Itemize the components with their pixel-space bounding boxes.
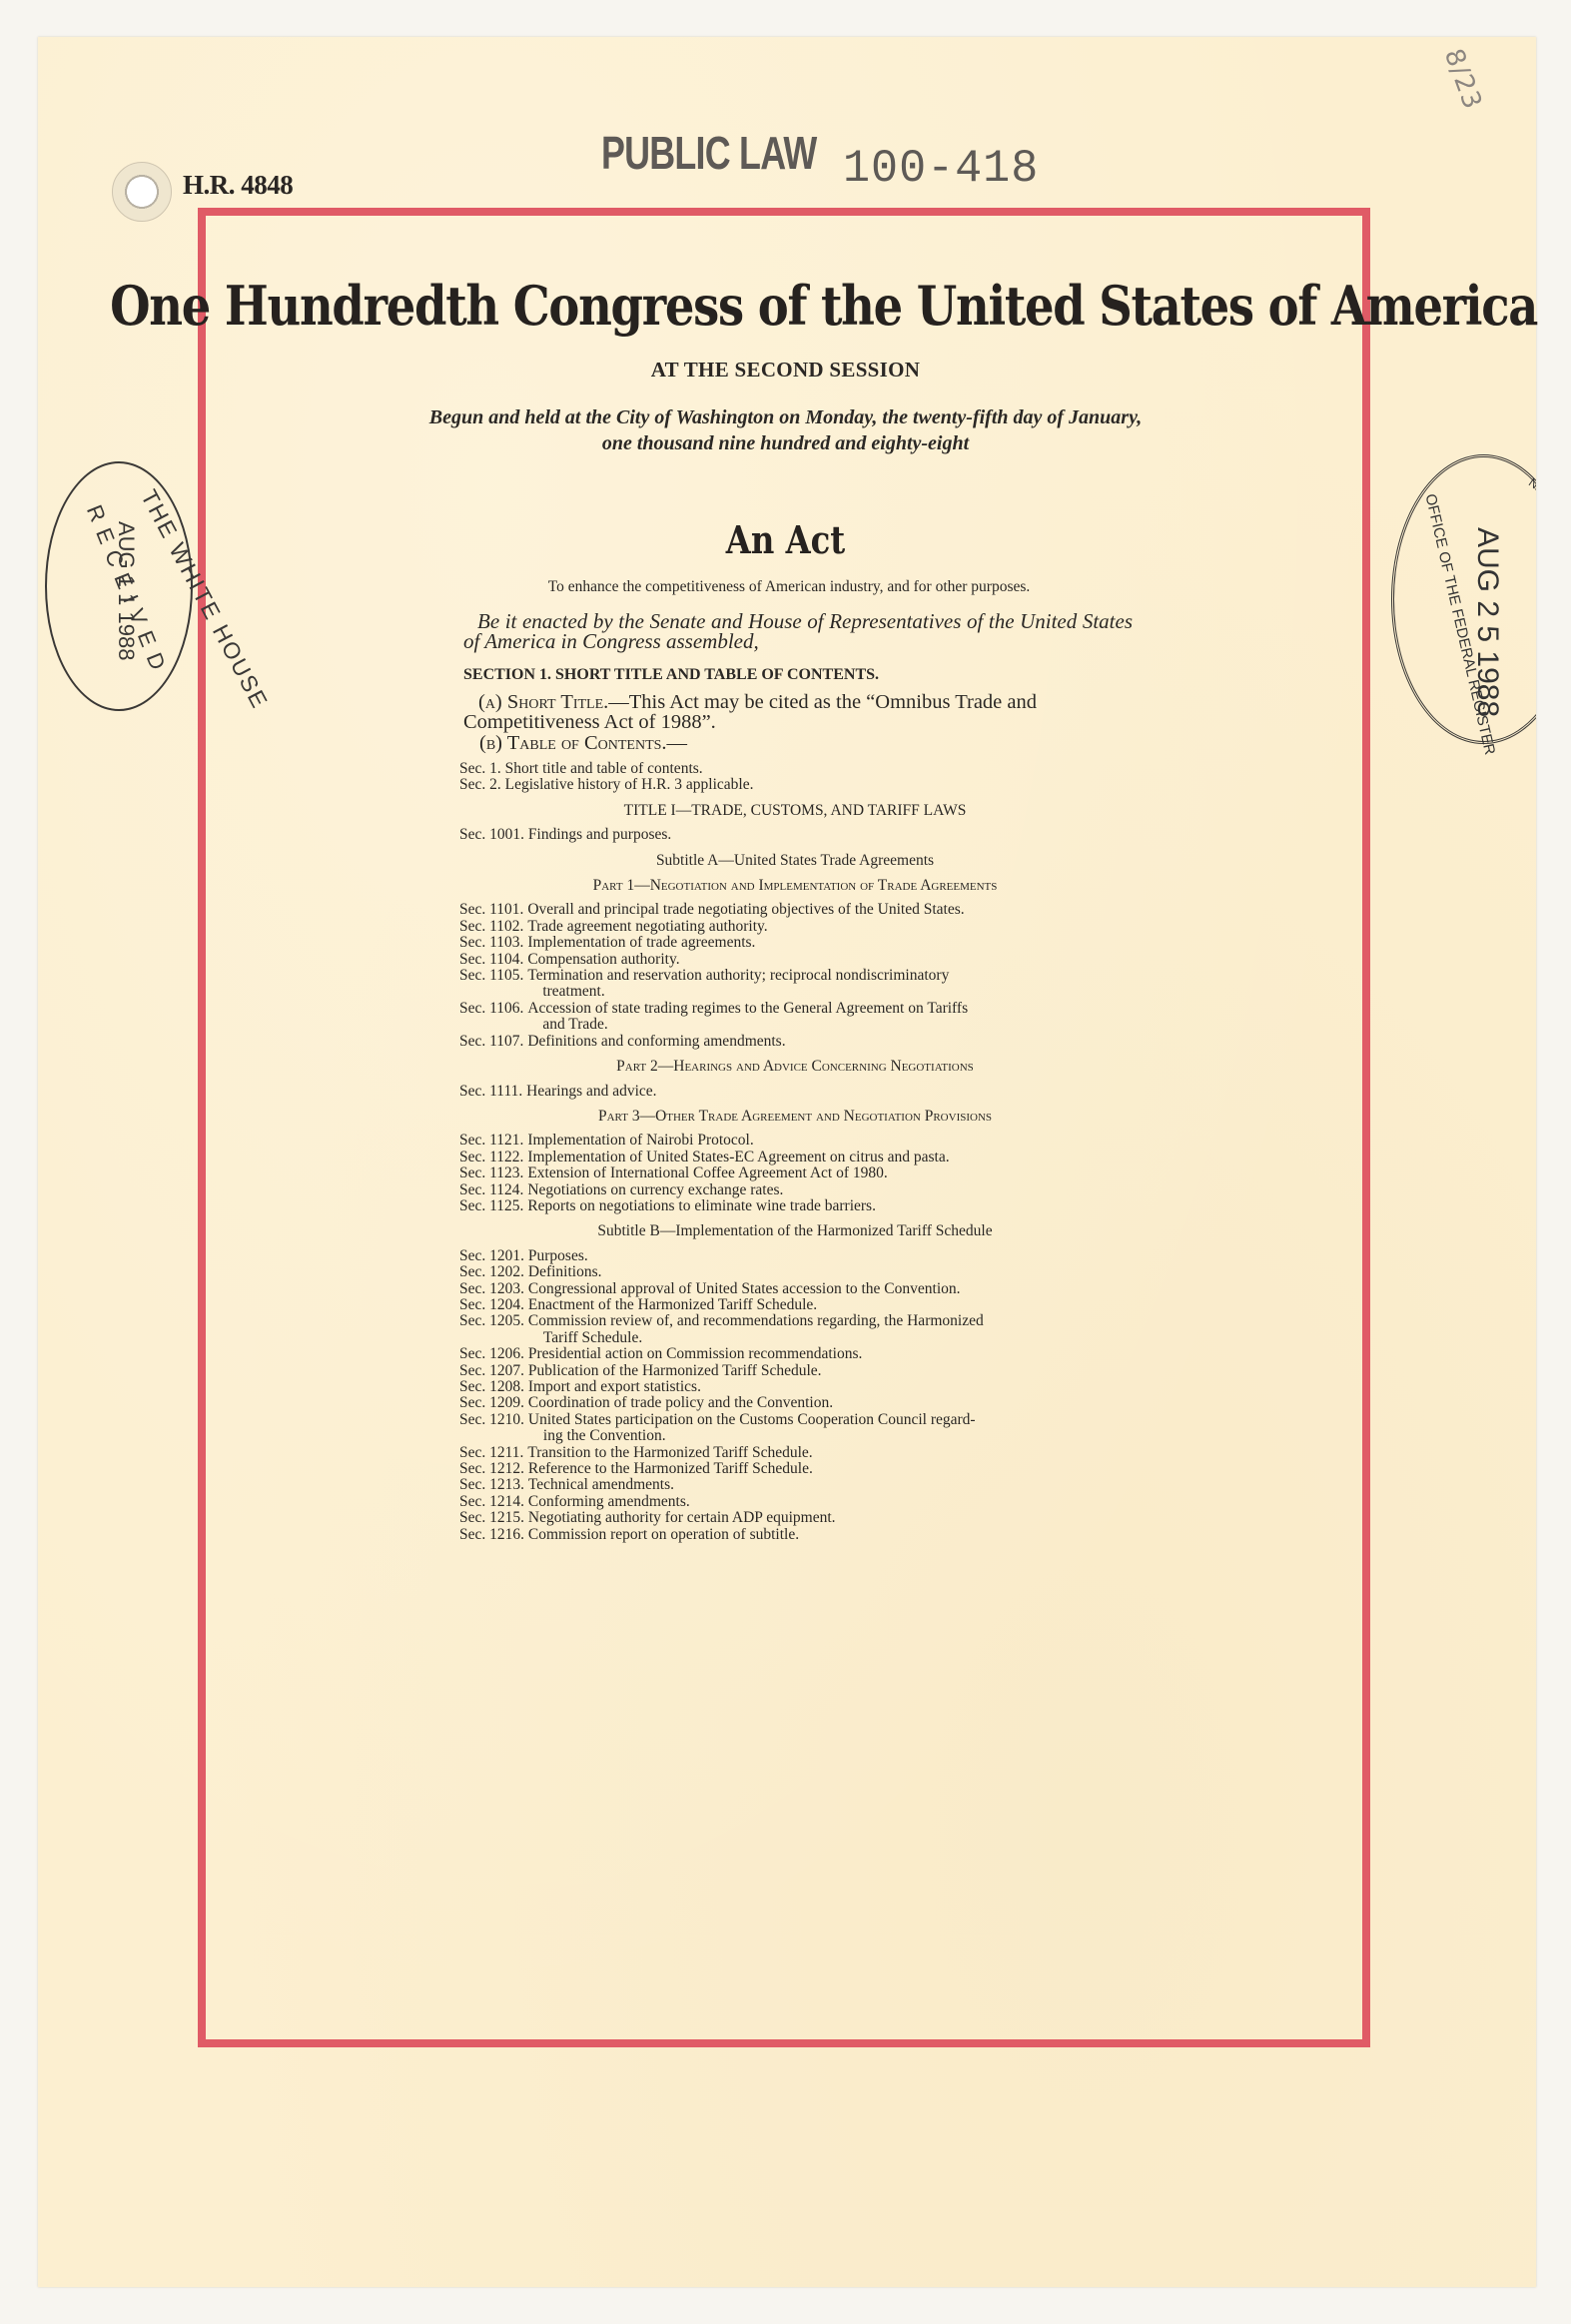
toc-heading-part: Part 3—Other Trade Agreement and Negotia… bbox=[459, 1109, 1131, 1125]
toc-entry: Sec. 1102. Trade agreement negotiating a… bbox=[459, 919, 1131, 935]
toc-section-title-text: Implementation of United States-EC Agree… bbox=[527, 1149, 949, 1165]
toc-section-title: Negotiating authority for certain ADP eq… bbox=[528, 1510, 1131, 1526]
toc-entry: Sec. 1. Short title and table of content… bbox=[459, 761, 1131, 777]
toc-section-title-text: Enactment of the Harmonized Tariff Sched… bbox=[528, 1296, 817, 1313]
toc-section-number: Sec. 1102. bbox=[459, 919, 527, 935]
toc-section-title-text: Negotiations on currency exchange rates. bbox=[527, 1181, 783, 1198]
federal-register-received-stamp: OFFICE OF THE FEDERAL REGISTER AUG 2 5 1… bbox=[1391, 454, 1536, 744]
toc-section-title: Short title and table of contents. bbox=[505, 761, 1131, 777]
toc-section-title: Implementation of Nairobi Protocol. bbox=[527, 1133, 1131, 1149]
toc-heading-title: TITLE I—TRADE, CUSTOMS, AND TARIFF LAWS bbox=[459, 803, 1131, 819]
toc-entry: Sec. 1105. Termination and reservation a… bbox=[459, 968, 1131, 1001]
toc-section-title-text: Purposes. bbox=[528, 1247, 588, 1264]
section-1-heading: SECTION 1. SHORT TITLE AND TABLE OF CONT… bbox=[463, 666, 879, 684]
toc-section-title: Transition to the Harmonized Tariff Sche… bbox=[527, 1445, 1131, 1461]
table-of-contents: Sec. 1. Short title and table of content… bbox=[459, 761, 1131, 1543]
toc-heading-subtitle: Subtitle A—United States Trade Agreement… bbox=[459, 853, 1131, 869]
toc-entry: Sec. 1103. Implementation of trade agree… bbox=[459, 935, 1131, 951]
toc-section-number: Sec. 1124. bbox=[459, 1182, 527, 1198]
toc-entry: Sec. 1107. Definitions and conforming am… bbox=[459, 1034, 1131, 1050]
toc-section-title-continuation: and Trade. bbox=[527, 1017, 1131, 1033]
toc-section-title-continuation: Tariff Schedule. bbox=[528, 1330, 1131, 1346]
toc-entry: Sec. 1101. Overall and principal trade n… bbox=[459, 902, 1131, 918]
toc-section-title: Conforming amendments. bbox=[528, 1494, 1131, 1510]
toc-entry: Sec. 1209. Coordination of trade policy … bbox=[459, 1395, 1131, 1411]
toc-section-number: Sec. 1216. bbox=[459, 1527, 528, 1543]
toc-section-title-text: Negotiating authority for certain ADP eq… bbox=[528, 1509, 836, 1526]
toc-section-number: Sec. 1111. bbox=[459, 1084, 526, 1100]
session-heading: AT THE SECOND SESSION bbox=[0, 358, 1571, 383]
toc-section-title: Congressional approval of United States … bbox=[528, 1281, 1131, 1297]
toc-section-title-text: Presidential action on Commission recomm… bbox=[528, 1345, 863, 1362]
toc-section-title-text: Trade agreement negotiating authority. bbox=[527, 918, 767, 935]
public-law-prefix: PUBLIC LAW bbox=[601, 126, 816, 180]
toc-section-title-continuation: ing the Convention. bbox=[528, 1428, 1131, 1444]
toc-section-title-text: Short title and table of contents. bbox=[505, 760, 703, 777]
toc-section-title: Reference to the Harmonized Tariff Sched… bbox=[528, 1461, 1131, 1477]
toc-section-title-text: Definitions and conforming amendments. bbox=[527, 1033, 785, 1050]
toc-section-title: Compensation authority. bbox=[527, 952, 1131, 968]
toc-section-title: Findings and purposes. bbox=[528, 827, 1131, 843]
convening-line-2: one thousand nine hundred and eighty-eig… bbox=[0, 430, 1571, 456]
toc-section-title-text: Reference to the Harmonized Tariff Sched… bbox=[528, 1460, 813, 1477]
toc-section-title: Legislative history of H.R. 3 applicable… bbox=[505, 777, 1131, 793]
short-title-label: (a) Short Title. bbox=[478, 691, 608, 713]
toc-section-title: Implementation of trade agreements. bbox=[527, 935, 1131, 951]
toc-section-title: Enactment of the Harmonized Tariff Sched… bbox=[528, 1297, 1131, 1313]
toc-section-title-text: Commission report on operation of subtit… bbox=[528, 1526, 799, 1543]
toc-section-title: Coordination of trade policy and the Con… bbox=[528, 1395, 1131, 1411]
toc-section-title-text: Findings and purposes. bbox=[528, 826, 671, 843]
public-law-number: 100-418 bbox=[843, 143, 1039, 195]
toc-section-number: Sec. 1204. bbox=[459, 1297, 528, 1313]
toc-section-number: Sec. 1001. bbox=[459, 827, 528, 843]
toc-entry: Sec. 1201. Purposes. bbox=[459, 1248, 1131, 1264]
toc-section-number: Sec. 1121. bbox=[459, 1133, 527, 1149]
toc-section-title-text: Implementation of trade agreements. bbox=[527, 934, 755, 951]
toc-entry: Sec. 1205. Commission review of, and rec… bbox=[459, 1313, 1131, 1346]
enacting-clause: Be it enacted by the Senate and House of… bbox=[463, 611, 1133, 651]
toc-section-title: Commission review of, and recommendation… bbox=[528, 1313, 1131, 1346]
toc-section-number: Sec. 1101. bbox=[459, 902, 527, 918]
toc-section-number: Sec. 1202. bbox=[459, 1264, 528, 1280]
toc-section-title: Definitions. bbox=[528, 1264, 1131, 1280]
toc-section-number: Sec. 1104. bbox=[459, 952, 527, 968]
toc-section-title: Reports on negotiations to eliminate win… bbox=[527, 1198, 1131, 1214]
toc-entry: Sec. 1106. Accession of state trading re… bbox=[459, 1001, 1131, 1034]
toc-entry: Sec. 1208. Import and export statistics. bbox=[459, 1379, 1131, 1395]
toc-section-title-continuation: treatment. bbox=[527, 984, 1131, 1000]
toc-section-number: Sec. 1212. bbox=[459, 1461, 528, 1477]
toc-section-number: Sec. 1207. bbox=[459, 1363, 528, 1379]
toc-entry: Sec. 1213. Technical amendments. bbox=[459, 1477, 1131, 1493]
act-heading: An Act bbox=[118, 517, 1453, 562]
toc-section-title: Publication of the Harmonized Tariff Sch… bbox=[528, 1363, 1131, 1379]
toc-section-title-text: Termination and reservation authority; r… bbox=[527, 968, 1131, 984]
table-of-contents-label: (b) Table of Contents.— bbox=[479, 733, 1159, 753]
toc-entry: Sec. 1104. Compensation authority. bbox=[459, 952, 1131, 968]
toc-heading-subtitle: Subtitle B—Implementation of the Harmoni… bbox=[459, 1223, 1131, 1239]
toc-entry: Sec. 1216. Commission report on operatio… bbox=[459, 1527, 1131, 1543]
toc-section-number: Sec. 1105. bbox=[459, 968, 527, 1001]
toc-entry: Sec. 1122. Implementation of United Stat… bbox=[459, 1150, 1131, 1165]
toc-section-title-text: Coordination of trade policy and the Con… bbox=[528, 1394, 833, 1411]
toc-section-number: Sec. 1206. bbox=[459, 1346, 528, 1362]
toc-section-title-text: Accession of state trading regimes to th… bbox=[527, 1001, 1131, 1017]
toc-section-title-text: United States participation on the Custo… bbox=[528, 1412, 1131, 1428]
toc-section-number: Sec. 1123. bbox=[459, 1165, 527, 1181]
toc-heading-part: Part 1—Negotiation and Implementation of… bbox=[459, 878, 1131, 894]
toc-section-title: Definitions and conforming amendments. bbox=[527, 1034, 1131, 1050]
stamp-federal-register-status: RECEIVED bbox=[1531, 565, 1536, 657]
toc-section-title: Import and export statistics. bbox=[528, 1379, 1131, 1395]
toc-section-number: Sec. 1208. bbox=[459, 1379, 528, 1395]
toc-section-title-text: Commission review of, and recommendation… bbox=[528, 1313, 1131, 1329]
white-house-received-stamp: THE WHITE HOUSE AUG 1 1 1988 RECEIVED bbox=[45, 461, 193, 711]
toc-section-number: Sec. 2. bbox=[459, 777, 505, 793]
toc-heading-part: Part 2—Hearings and Advice Concerning Ne… bbox=[459, 1059, 1131, 1075]
toc-section-title-text: Hearings and advice. bbox=[526, 1083, 656, 1100]
toc-section-number: Sec. 1106. bbox=[459, 1001, 527, 1034]
toc-section-title: United States participation on the Custo… bbox=[528, 1412, 1131, 1445]
toc-section-number: Sec. 1125. bbox=[459, 1198, 527, 1214]
toc-section-number: Sec. 1. bbox=[459, 761, 505, 777]
toc-section-title: Technical amendments. bbox=[528, 1477, 1131, 1493]
toc-section-title-text: Publication of the Harmonized Tariff Sch… bbox=[528, 1362, 822, 1379]
convening-statement: Begun and held at the City of Washington… bbox=[0, 404, 1571, 456]
toc-section-title-text: Definitions. bbox=[528, 1263, 602, 1280]
toc-section-title-text: Transition to the Harmonized Tariff Sche… bbox=[527, 1444, 812, 1461]
toc-entry: Sec. 1001. Findings and purposes. bbox=[459, 827, 1131, 843]
toc-section-number: Sec. 1211. bbox=[459, 1445, 527, 1461]
congress-title: One Hundredth Congress of the United Sta… bbox=[110, 274, 1461, 338]
toc-entry: Sec. 1212. Reference to the Harmonized T… bbox=[459, 1461, 1131, 1477]
toc-section-title: Purposes. bbox=[528, 1248, 1131, 1264]
toc-entry: Sec. 1210. United States participation o… bbox=[459, 1412, 1131, 1445]
toc-section-title: Implementation of United States-EC Agree… bbox=[527, 1150, 1131, 1165]
toc-section-number: Sec. 1205. bbox=[459, 1313, 528, 1346]
toc-section-number: Sec. 1203. bbox=[459, 1281, 528, 1297]
toc-section-title-text: Congressional approval of United States … bbox=[528, 1280, 961, 1297]
toc-entry: Sec. 1125. Reports on negotiations to el… bbox=[459, 1198, 1131, 1214]
toc-entry: Sec. 2. Legislative history of H.R. 3 ap… bbox=[459, 777, 1131, 793]
toc-section-title-text: Technical amendments. bbox=[528, 1476, 674, 1493]
toc-section-number: Sec. 1215. bbox=[459, 1510, 528, 1526]
toc-section-title-text: Extension of International Coffee Agreem… bbox=[527, 1164, 887, 1181]
binder-grommet-icon bbox=[112, 162, 172, 222]
toc-section-title-text: Import and export statistics. bbox=[528, 1378, 701, 1395]
toc-section-number: Sec. 1107. bbox=[459, 1034, 527, 1050]
toc-section-title-text: Legislative history of H.R. 3 applicable… bbox=[505, 776, 754, 793]
toc-entry: Sec. 1207. Publication of the Harmonized… bbox=[459, 1363, 1131, 1379]
public-law-stamp: PUBLIC LAW 100-418 bbox=[601, 126, 1041, 183]
toc-section-number: Sec. 1209. bbox=[459, 1395, 528, 1411]
toc-section-number: Sec. 1214. bbox=[459, 1494, 528, 1510]
toc-section-title: Termination and reservation authority; r… bbox=[527, 968, 1131, 1001]
toc-entry: Sec. 1214. Conforming amendments. bbox=[459, 1494, 1131, 1510]
short-title-paragraph: (a) Short Title.—This Act may be cited a… bbox=[463, 692, 1143, 732]
toc-section-number: Sec. 1103. bbox=[459, 935, 527, 951]
toc-entry: Sec. 1203. Congressional approval of Uni… bbox=[459, 1281, 1131, 1297]
toc-entry: Sec. 1123. Extension of International Co… bbox=[459, 1165, 1131, 1181]
convening-line-1: Begun and held at the City of Washington… bbox=[0, 404, 1571, 430]
toc-section-title: Extension of International Coffee Agreem… bbox=[527, 1165, 1131, 1181]
toc-section-title: Accession of state trading regimes to th… bbox=[527, 1001, 1131, 1034]
toc-entry: Sec. 1206. Presidential action on Commis… bbox=[459, 1346, 1131, 1362]
bill-number: H.R. 4848 bbox=[183, 170, 293, 201]
toc-section-title: Overall and principal trade negotiating … bbox=[527, 902, 1131, 918]
toc-section-title-text: Reports on negotiations to eliminate win… bbox=[527, 1197, 876, 1214]
toc-entry: Sec. 1111. Hearings and advice. bbox=[459, 1084, 1131, 1100]
toc-section-title: Hearings and advice. bbox=[526, 1084, 1131, 1100]
toc-entry: Sec. 1121. Implementation of Nairobi Pro… bbox=[459, 1133, 1131, 1149]
toc-section-title-text: Conforming amendments. bbox=[528, 1493, 690, 1510]
toc-entry: Sec. 1215. Negotiating authority for cer… bbox=[459, 1510, 1131, 1526]
toc-entry: Sec. 1124. Negotiations on currency exch… bbox=[459, 1182, 1131, 1198]
toc-section-title: Trade agreement negotiating authority. bbox=[527, 919, 1131, 935]
stamp-federal-register-date: AUG 2 5 1988 bbox=[1470, 527, 1504, 717]
toc-section-number: Sec. 1201. bbox=[459, 1248, 528, 1264]
toc-section-title: Commission report on operation of subtit… bbox=[528, 1527, 1131, 1543]
toc-entry: Sec. 1211. Transition to the Harmonized … bbox=[459, 1445, 1131, 1461]
act-purpose: To enhance the competitiveness of Americ… bbox=[439, 578, 1139, 596]
toc-section-title-text: Compensation authority. bbox=[527, 951, 679, 968]
toc-section-number: Sec. 1210. bbox=[459, 1412, 528, 1445]
toc-section-number: Sec. 1122. bbox=[459, 1150, 527, 1165]
toc-entry: Sec. 1202. Definitions. bbox=[459, 1264, 1131, 1280]
toc-section-title-text: Implementation of Nairobi Protocol. bbox=[527, 1132, 753, 1149]
toc-section-title-text: Overall and principal trade negotiating … bbox=[527, 901, 964, 918]
toc-section-number: Sec. 1213. bbox=[459, 1477, 528, 1493]
toc-section-title: Negotiations on currency exchange rates. bbox=[527, 1182, 1131, 1198]
federal-register-stamp-clip: OFFICE OF THE FEDERAL REGISTER AUG 2 5 1… bbox=[1378, 439, 1536, 759]
toc-section-title: Presidential action on Commission recomm… bbox=[528, 1346, 1131, 1362]
toc-entry: Sec. 1204. Enactment of the Harmonized T… bbox=[459, 1297, 1131, 1313]
